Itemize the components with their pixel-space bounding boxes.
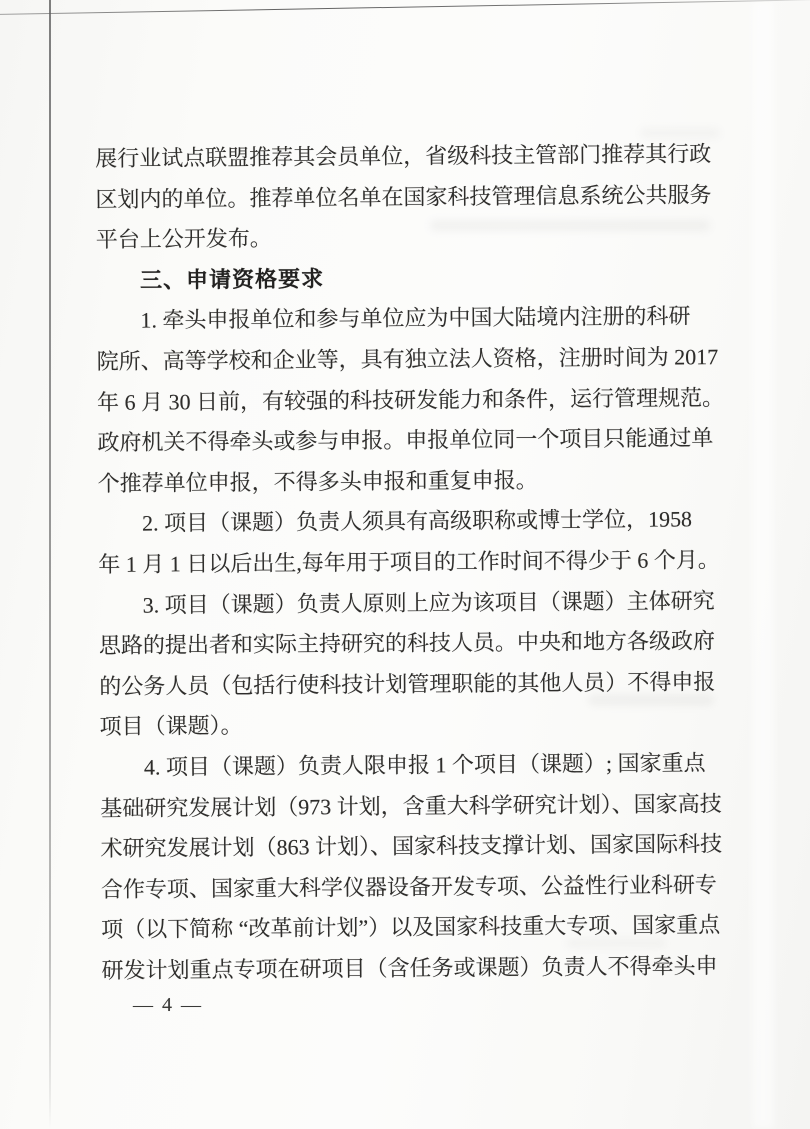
text-line: 合作专项、国家重大科学仪器设备开发专项、公益性行业科研专 <box>101 865 733 911</box>
text-line: 术研究发展计划（863 计划）、国家科技支撑计划、国家国际科技 <box>100 824 732 870</box>
text-line: 展行业试点联盟推荐其会员单位，省级科技主管部门推荐其行政 <box>95 134 727 180</box>
text-line: 政府机关不得牵头或参与申报。申报单位同一个项目只能通过单 <box>97 418 729 464</box>
text-line: 项（以下简称 “改革前计划”）以及国家科技重大专项、国家重点 <box>101 905 733 951</box>
page-number: — 4 — <box>133 994 203 1017</box>
text-line: 1. 牵头申报单位和参与单位应为中国大陆境内注册的科研 <box>96 296 728 342</box>
text-line: 年 1 月 1 日以后出生,每年用于项目的工作时间不得少于 6 个月。 <box>98 540 730 586</box>
text-line: 基础研究发展计划（973 计划，含重大科学研究计划）、国家高技 <box>100 784 732 830</box>
text-line: 个推荐单位申报，不得多头申报和重复申报。 <box>98 459 730 505</box>
text-line: 平台上公开发布。 <box>96 215 728 261</box>
scanner-light-band <box>752 0 774 1129</box>
text-line: 院所、高等学校和企业等，具有独立法人资格，注册时间为 2017 <box>97 337 729 383</box>
text-line: 思路的提出者和实际主持研究的科技人员。中央和地方各级政府 <box>99 621 731 667</box>
text-line: 年 6 月 30 日前，有较强的科技研发能力和条件，运行管理规范。 <box>97 378 729 424</box>
text-line: 区划内的单位。推荐单位名单在国家科技管理信息系统公共服务 <box>95 175 727 221</box>
text-line: 3. 项目（课题）负责人原则上应为该项目（课题）主体研究 <box>99 581 731 627</box>
text-line: 项目（课题）。 <box>99 702 731 748</box>
text-line: 的公务人员（包括行使科技计划管理职能的其他人员）不得申报 <box>99 662 731 708</box>
text-line: 4. 项目（课题）负责人限申报 1 个项目（课题）; 国家重点 <box>100 743 732 789</box>
text-line: 研发计划重点专项在研项目（含任务或课题）负责人不得牵头申 <box>101 946 733 992</box>
scan-edge-horizontal-line <box>0 0 810 15</box>
document-body: 展行业试点联盟推荐其会员单位，省级科技主管部门推荐其行政 区划内的单位。推荐单位… <box>95 134 734 991</box>
scan-edge-vertical-line <box>49 0 51 1129</box>
text-line: 2. 项目（课题）负责人须具有高级职称或博士学位，1958 <box>98 499 730 545</box>
section-heading: 三、申请资格要求 <box>96 256 728 302</box>
scanned-document-page: 展行业试点联盟推荐其会员单位，省级科技主管部门推荐其行政 区划内的单位。推荐单位… <box>0 0 810 1129</box>
